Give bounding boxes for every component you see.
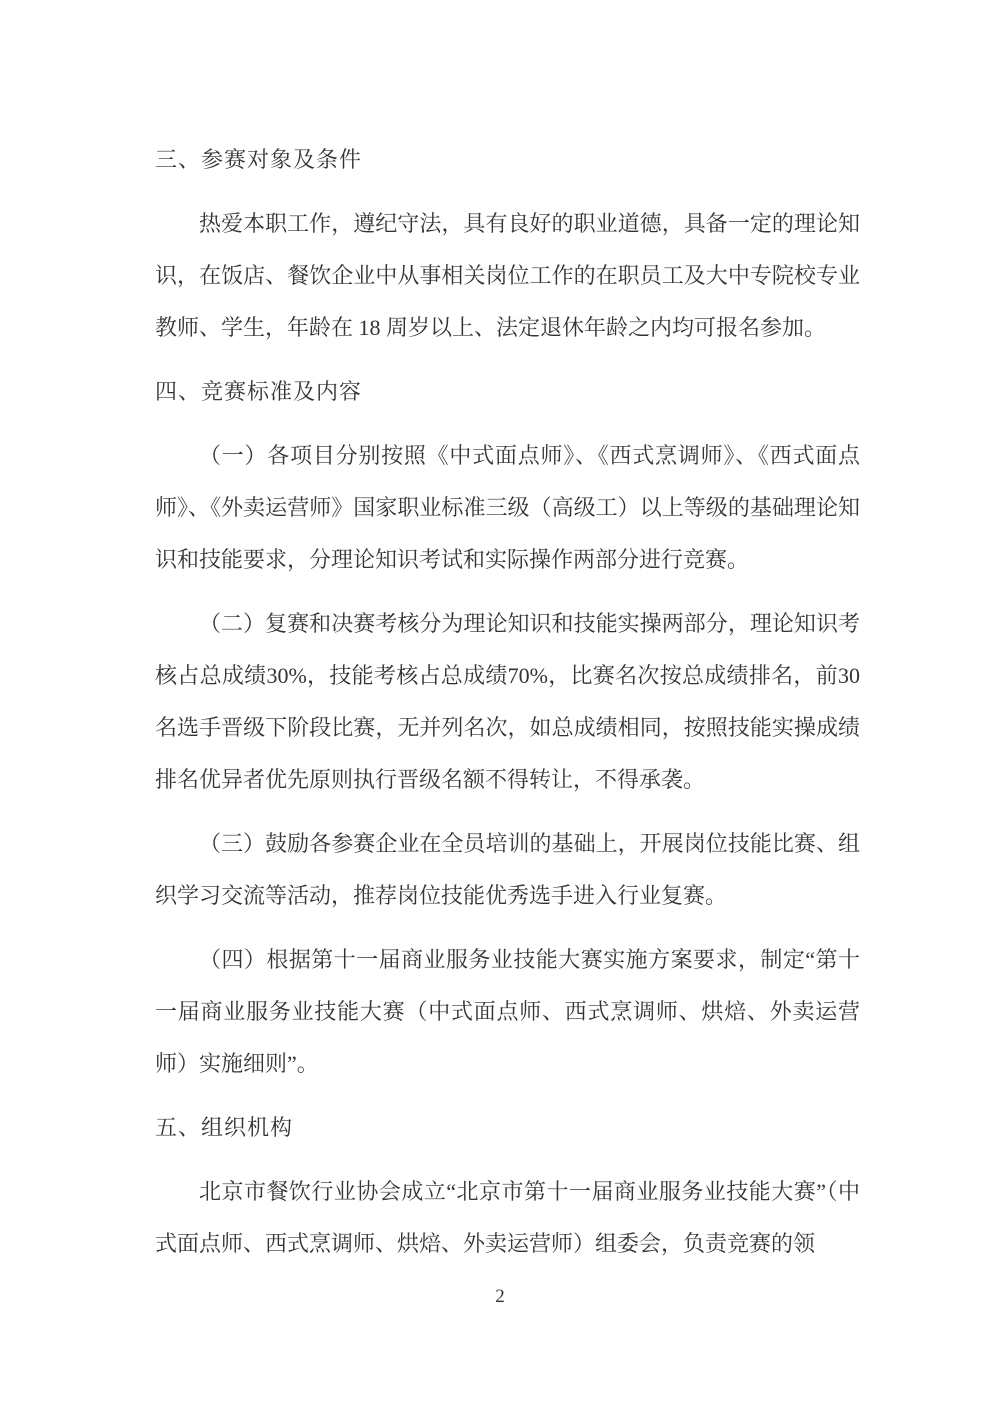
paragraph: （三）鼓励各参赛企业在全员培训的基础上，开展岗位技能比赛、组织学习交流等活动，推… (155, 812, 860, 928)
document-page: 三、参赛对象及条件 热爱本职工作，遵纪守法，具有良好的职业道德，具备一定的理论知… (0, 0, 1000, 1414)
paragraph: （一）各项目分别按照《中式面点师》、《西式烹调师》、《西式面点师》、《外卖运营师… (155, 424, 860, 592)
section-participation: 三、参赛对象及条件 热爱本职工作，遵纪守法，具有良好的职业道德，具备一定的理论知… (155, 128, 860, 360)
section-organization: 五、组织机构 北京市餐饮行业协会成立“北京市第十一届商业服务业技能大赛”（中式面… (155, 1096, 860, 1276)
section-heading: 五、组织机构 (155, 1096, 860, 1160)
paragraph: （四）根据第十一届商业服务业技能大赛实施方案要求，制定“第十一届商业服务业技能大… (155, 928, 860, 1096)
section-standards: 四、竞赛标准及内容 （一）各项目分别按照《中式面点师》、《西式烹调师》、《西式面… (155, 360, 860, 1096)
section-heading: 三、参赛对象及条件 (155, 128, 860, 192)
paragraph: 热爱本职工作，遵纪守法，具有良好的职业道德，具备一定的理论知识，在饭店、餐饮企业… (155, 192, 860, 360)
section-heading: 四、竞赛标准及内容 (155, 360, 860, 424)
page-number: 2 (0, 1284, 1000, 1310)
paragraph: （二）复赛和决赛考核分为理论知识和技能实操两部分，理论知识考核占总成绩30%，技… (155, 592, 860, 812)
paragraph: 北京市餐饮行业协会成立“北京市第十一届商业服务业技能大赛”（中式面点师、西式烹调… (155, 1160, 860, 1276)
